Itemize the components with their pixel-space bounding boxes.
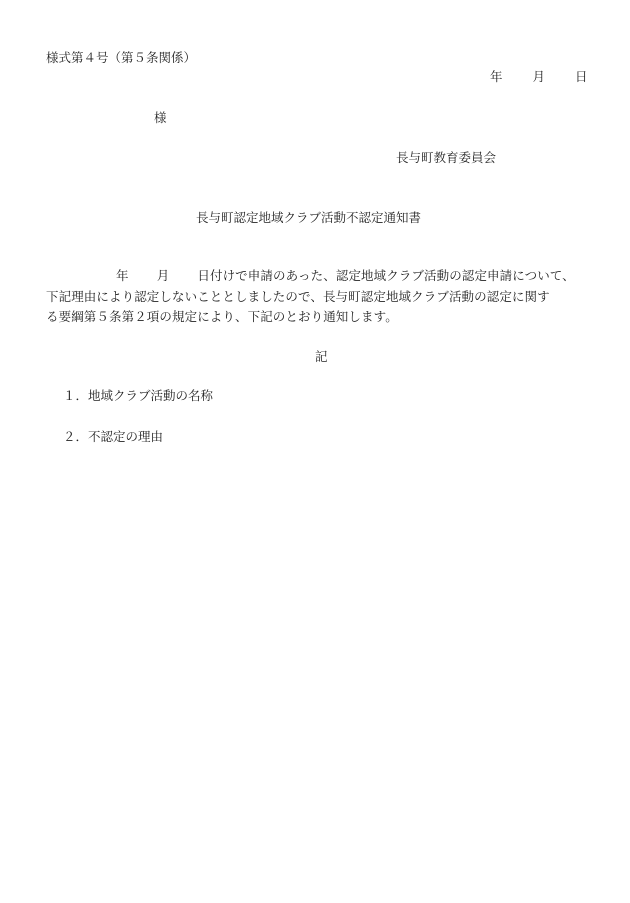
body-paragraph: 年 月 日付けで申請のあった、認定地域クラブ活動の認定申請について、 下記理由に…: [46, 266, 591, 328]
body-year: 年: [116, 268, 129, 283]
item-2-number: ２．: [63, 429, 88, 444]
date-year: 年: [490, 69, 503, 84]
date-line: 年 月 日: [490, 69, 588, 85]
addressee-suffix: 様: [154, 110, 167, 126]
item-2: ２．不認定の理由: [63, 429, 163, 445]
issuer: 長与町教育委員会: [396, 150, 496, 166]
document-title: 長与町認定地域クラブ活動不認定通知書: [196, 210, 421, 226]
body-line-1: 年 月 日付けで申請のあった、認定地域クラブ活動の認定申請について、: [46, 266, 591, 287]
date-month: 月: [533, 69, 546, 84]
ki-label: 記: [315, 349, 328, 365]
form-label: 様式第４号（第５条関係）: [46, 50, 196, 66]
item-1-number: １．: [63, 388, 88, 403]
body-line-2: 下記理由により認定しないこととしましたので、長与町認定地域クラブ活動の認定に関す: [46, 287, 591, 308]
item-1-label: 地域クラブ活動の名称: [88, 388, 213, 403]
item-1: １．地域クラブ活動の名称: [63, 388, 213, 404]
item-2-label: 不認定の理由: [88, 429, 163, 444]
body-line-1-text: 日付けで申請のあった、認定地域クラブ活動の認定申請について、: [197, 268, 574, 283]
body-month: 月: [157, 268, 170, 283]
date-day: 日: [575, 69, 588, 84]
body-line-3: る要綱第５条第２項の規定により、下記のとおり通知します。: [46, 307, 591, 328]
